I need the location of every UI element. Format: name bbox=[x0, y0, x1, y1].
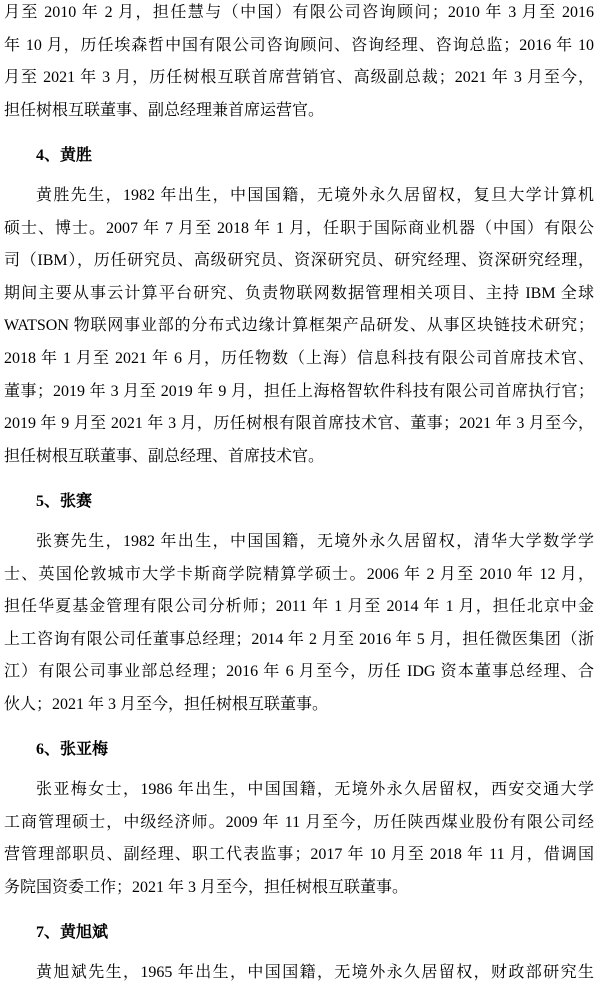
paragraph-zhang-yamei-bio: 张亚梅女士，1986 年出生，中国国籍，无境外永久居留权，西安交通大学 工商管理… bbox=[4, 774, 594, 904]
paragraph-zhang-sai-bio: 张赛先生，1982 年出生，中国国籍，无境外永久居留权，清华大学数学学 士、英国… bbox=[4, 526, 594, 722]
text-line: 2018 年 1 月至 2021 年 6 月，历任物数（上海）信息科技有限公司首… bbox=[4, 343, 594, 376]
text-line: 工商管理硕士，中级经济师。2009 年 11 月至今，历任陕西煤业股份有限公司经 bbox=[4, 807, 594, 840]
text-line: 年 10 月，历任埃森哲中国有限公司咨询顾问、咨询经理、咨询总监；2016 年 … bbox=[4, 30, 594, 63]
text-line: WATSON 物联网事业部的分布式边缘计算框架产品研发、从事区块链技术研究； bbox=[4, 310, 594, 343]
text-line: 担任华夏基金管理有限公司分析师；2011 年 1 月至 2014 年 1 月，担… bbox=[4, 591, 594, 624]
text-line: 伙人；2021 年 3 月至今，担任树根互联董事。 bbox=[4, 689, 594, 722]
section-heading-7-huang-xubin: 7、黄旭斌 bbox=[4, 917, 594, 950]
text-line: 张亚梅女士，1986 年出生，中国国籍，无境外永久居留权，西安交通大学 bbox=[4, 774, 594, 807]
paragraph-huang-sheng-bio: 黄胜先生，1982 年出生，中国国籍，无境外永久居留权，复旦大学计算机 硕士、博… bbox=[4, 180, 594, 473]
text-line: 硕士、博士。2007 年 7 月至 2018 年 1 月，任职于国际商业机器（中… bbox=[4, 213, 594, 246]
text-line: 营管理部职员、副经理、职工代表监事；2017 年 10 月至 2018 年 11… bbox=[4, 839, 594, 872]
text-line: 张赛先生，1982 年出生，中国国籍，无境外永久居留权，清华大学数学学 bbox=[4, 526, 594, 559]
text-line: 黄旭斌先生，1965 年出生，中国国籍，无境外永久居留权，财政部研究生 bbox=[4, 957, 594, 990]
section-heading-6-zhang-yamei: 6、张亚梅 bbox=[4, 734, 594, 767]
section-heading-5-zhang-sai: 5、张赛 bbox=[4, 486, 594, 519]
text-line: 月至 2021 年 3 月，历任树根互联首席营销官、高级副总裁；2021 年 3… bbox=[4, 62, 594, 95]
text-line: 士、英国伦敦城市大学卡斯商学院精算学硕士。2006 年 2 月至 2010 年 … bbox=[4, 559, 594, 592]
document-page: 月至 2010 年 2 月，担任慧与（中国）有限公司咨询顾问；2010 年 3 … bbox=[0, 0, 600, 990]
text-line: 务院国资委工作；2021 年 3 月至今，担任树根互联董事。 bbox=[4, 872, 594, 905]
paragraph-huang-xubin-bio: 黄旭斌先生，1965 年出生，中国国籍，无境外永久居留权，财政部研究生 bbox=[4, 957, 594, 990]
text-line: 期间主要从事云计算平台研究、负责物联网数据管理相关项目、主持 IBM 全球 bbox=[4, 278, 594, 311]
text-line: 担任树根互联董事、副总经理兼首席运营官。 bbox=[4, 95, 594, 128]
paragraph-previous-continued: 月至 2010 年 2 月，担任慧与（中国）有限公司咨询顾问；2010 年 3 … bbox=[4, 0, 594, 127]
text-line: 上工咨询有限公司任董事总经理；2014 年 2 月至 2016 年 5 月，担任… bbox=[4, 624, 594, 657]
text-line: 2019 年 9 月至 2021 年 3 月，历任树根有限首席技术官、董事；20… bbox=[4, 408, 594, 441]
text-line: 司（IBM），历任研究员、高级研究员、资深研究员、研究经理、资深研究经理， bbox=[4, 245, 594, 278]
text-line: 黄胜先生，1982 年出生，中国国籍，无境外永久居留权，复旦大学计算机 bbox=[4, 180, 594, 213]
text-line: 月至 2010 年 2 月，担任慧与（中国）有限公司咨询顾问；2010 年 3 … bbox=[4, 0, 594, 30]
text-line: 董事；2019 年 3 月至 2019 年 9 月，担任上海格智软件科技有限公司… bbox=[4, 376, 594, 409]
section-heading-4-huang-sheng: 4、黄胜 bbox=[4, 140, 594, 173]
text-line: 担任树根互联董事、副总经理、首席技术官。 bbox=[4, 441, 594, 474]
text-line: 江）有限公司事业部总经理；2016 年 6 月至今，历任 IDG 资本董事总经理… bbox=[4, 656, 594, 689]
